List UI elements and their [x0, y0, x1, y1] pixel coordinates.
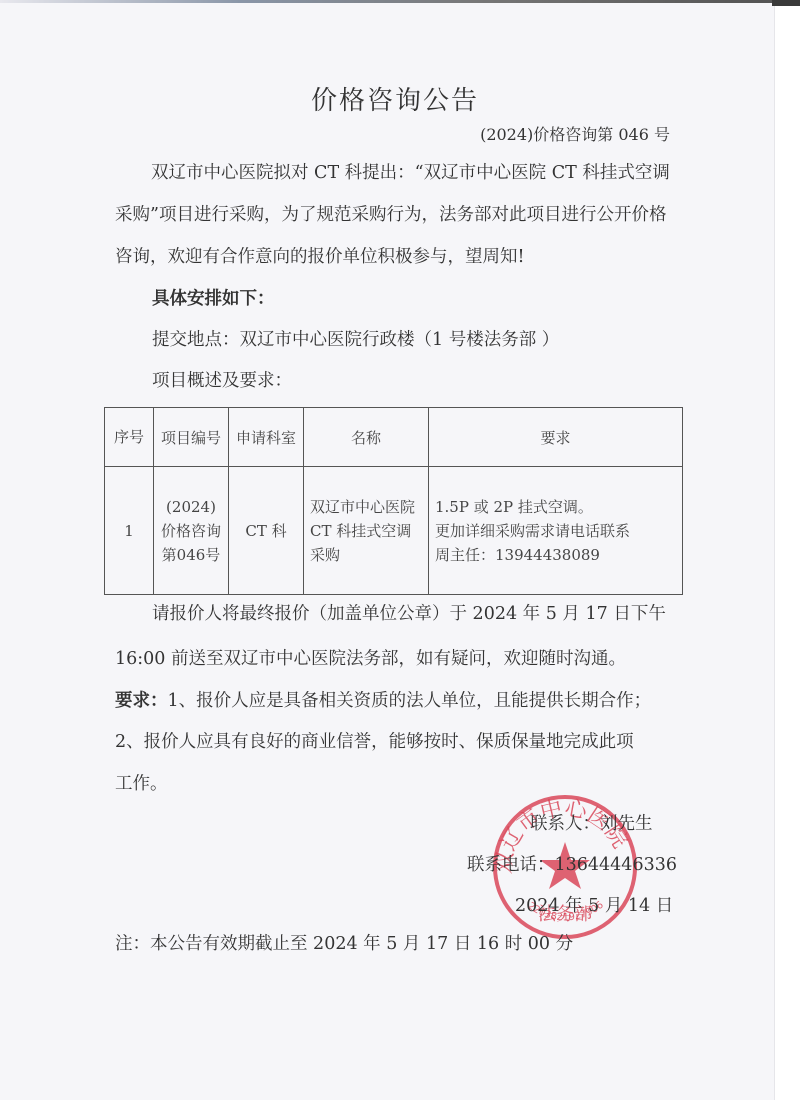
- document-title: 价格咨询公告: [0, 80, 790, 117]
- header-requirements: 要求: [429, 408, 683, 467]
- scan-edge-right: [774, 0, 800, 1100]
- cell-seq: 1: [105, 467, 154, 595]
- requirement-line: 更加详细采购需求请电话联系: [435, 519, 676, 543]
- header-seq: 序号: [105, 408, 154, 467]
- requirement-line: 周主任：13944438089: [435, 543, 676, 567]
- header-department: 申请科室: [229, 408, 304, 467]
- header-project-no: 项目编号: [154, 408, 229, 467]
- validity-note: 注：本公告有效期截止至 2024 年 5 月 17 日 16 时 00 分: [115, 930, 573, 955]
- header-name: 名称: [304, 408, 429, 467]
- overview-heading: 项目概述及要求：: [152, 367, 292, 392]
- requirements-block: 要求：1、报价人应是具备相关资质的法人单位，且能提供长期合作；: [115, 687, 651, 712]
- scan-edge-top: [0, 0, 800, 3]
- cell-name: 双辽市中心医院CT 科挂式空调采购: [304, 467, 429, 595]
- cell-project-no: (2024)价格咨询第046号: [154, 467, 229, 595]
- cell-requirements: 1.5P 或 2P 挂式空调。 更加详细采购需求请电话联系 周主任：139444…: [429, 467, 683, 595]
- table-row: 1 (2024)价格咨询第046号 CT 科 双辽市中心医院CT 科挂式空调采购…: [105, 467, 683, 595]
- requirement-item-2-line-2: 工作。: [115, 770, 168, 795]
- document-number: (2024)价格咨询第 046 号: [480, 122, 670, 145]
- scan-edge-corner: [772, 0, 800, 6]
- requirement-item-2-line-1: 2、报价人应具有良好的商业信誉，能够按时、保质保量地完成此项: [115, 728, 634, 753]
- notice-date: 2024 年 5 月 14 日: [515, 892, 673, 917]
- submission-line-1: 请报价人将最终报价（加盖单位公章）于 2024 年 5 月 17 日下午: [152, 600, 666, 625]
- submission-line-2: 16:00 前送至双辽市中心医院法务部，如有疑问，欢迎随时沟通。: [115, 645, 626, 670]
- intro-paragraph: 双辽市中心医院拟对 CT 科提出：“双辽市中心医院 CT 科挂式空调采购”项目进…: [115, 152, 675, 278]
- cell-department: CT 科: [229, 467, 304, 595]
- arrangement-heading: 具体安排如下：: [152, 285, 275, 310]
- submission-location: 提交地点：双辽市中心医院行政楼（1 号楼法务部 ）: [152, 326, 559, 351]
- table-header-row: 序号 项目编号 申请科室 名称 要求: [105, 408, 683, 467]
- contact-person: 联系人：刘先生: [530, 810, 653, 835]
- requirements-label: 要求：: [115, 691, 168, 711]
- requirement-item-1: 1、报价人应是具备相关资质的法人单位，且能提供长期合作；: [168, 691, 652, 711]
- contact-phone: 联系电话：13644446336: [467, 851, 677, 876]
- requirement-line: 1.5P 或 2P 挂式空调。: [435, 495, 676, 519]
- project-table: 序号 项目编号 申请科室 名称 要求 1 (2024)价格咨询第046号 CT …: [104, 407, 683, 595]
